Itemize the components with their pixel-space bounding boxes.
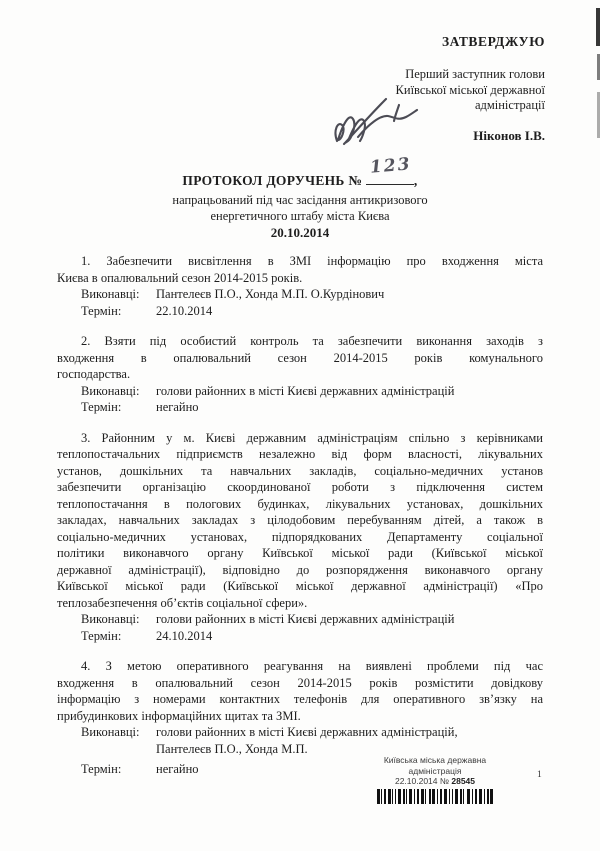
stamp-org-line: Київська міська державна — [372, 755, 498, 766]
text-line: Київської міської ради (Київської місько… — [57, 578, 543, 595]
term-label: Термін: — [81, 628, 156, 645]
term-value: 22.10.2014 — [156, 303, 543, 320]
text-line: прибудинкових інформаційних щитах та ЗМІ… — [57, 708, 543, 725]
stamp-org-line: адміністрація — [372, 766, 498, 777]
executors-value: голови районних в місті Києві державних … — [156, 383, 543, 400]
text-line: входження в опалювальний сезон 2014-2015… — [57, 350, 543, 367]
text-line: Києва в опалювальний сезон 2014-2015 рок… — [57, 270, 543, 287]
text-line: інформацію з номерами контактних телефон… — [57, 691, 543, 708]
executors-label: Виконавці: — [81, 383, 156, 400]
executors-value: голови районних в місті Києві державних … — [156, 724, 543, 757]
title-block: ПРОТОКОЛ ДОРУЧЕНЬ № 123, напрацьований п… — [0, 172, 600, 241]
instruction-item-2: 2. Взяти під особистий контроль та забез… — [57, 333, 543, 416]
protocol-title-comma: , — [414, 173, 418, 188]
text-line: політики виконавчого органу Київської мі… — [57, 545, 543, 562]
text-line: теплопостачання в пологових будинках, лі… — [57, 496, 543, 513]
text-line: теплопостачальних підприємств незалежно … — [57, 446, 543, 463]
executors-value: Пантелеєв П.О., Хонда М.П. О.Курдінович — [156, 286, 543, 303]
executors-label: Виконавці: — [81, 286, 156, 303]
executors-row: Виконавці: голови районних в місті Києві… — [57, 611, 543, 628]
item-text: 4. З метою оперативного реагування на ви… — [57, 658, 543, 724]
registration-stamp: Київська міська державна адміністрація 2… — [372, 755, 498, 806]
text-line: 3. Районним у м. Києві державним адмініс… — [57, 430, 543, 447]
text-line: 4. З метою оперативного реагування на ви… — [57, 658, 543, 675]
executors-label: Виконавці: — [81, 724, 156, 757]
term-row: Термін: 22.10.2014 — [57, 303, 543, 320]
text-line: державної адміністрації), відповідно до … — [57, 562, 543, 579]
protocol-subtitle: напрацьований під час засідання антикриз… — [0, 192, 600, 224]
term-row: Термін: 24.10.2014 — [57, 628, 543, 645]
stamp-date-line: 22.10.2014 № 28545 — [372, 776, 498, 787]
scan-artifact — [596, 8, 600, 46]
text-line: Пантелеєв П.О., Хонда М.П. О.Курдінович — [156, 286, 543, 303]
executors-row: Виконавці: Пантелеєв П.О., Хонда М.П. О.… — [57, 286, 543, 303]
handwritten-signature-icon — [328, 95, 420, 149]
text-line: теплозабезпечення об’єктів соціальної сф… — [57, 595, 543, 612]
protocol-date: 20.10.2014 — [0, 225, 600, 241]
text-line: забезпечити організацію скоординованої р… — [57, 479, 543, 496]
term-label: Термін: — [81, 303, 156, 320]
subtitle-line: напрацьований під час засідання антикриз… — [0, 192, 600, 208]
term-row: Термін: негайно — [57, 399, 543, 416]
text-line: голови районних в місті Києві державних … — [156, 383, 543, 400]
instruction-item-1: 1. Забезпечити висвітлення в ЗМІ інформа… — [57, 253, 543, 319]
instructions-list: 1. Забезпечити висвітлення в ЗМІ інформа… — [57, 253, 543, 792]
term-value: 24.10.2014 — [156, 628, 543, 645]
approve-label: ЗАТВЕРДЖУЮ — [396, 34, 545, 50]
barcode-icon — [377, 789, 493, 804]
protocol-number-handwritten: 123 — [369, 154, 412, 178]
term-label: Термін: — [81, 399, 156, 416]
protocol-title: ПРОТОКОЛ ДОРУЧЕНЬ № 123, — [0, 172, 600, 189]
text-line: господарства. — [57, 366, 543, 383]
term-value: негайно — [156, 399, 543, 416]
text-line: соціально-медичних установах, підпорядко… — [57, 529, 543, 546]
executors-label: Виконавці: — [81, 611, 156, 628]
executors-value: голови районних в місті Києві державних … — [156, 611, 543, 628]
stamp-number: 28545 — [451, 776, 475, 786]
approver-title-line: Перший заступник голови — [396, 67, 545, 83]
text-line: 1. Забезпечити висвітлення в ЗМІ інформа… — [57, 253, 543, 270]
text-line: голови районних в місті Києві державних … — [156, 611, 543, 628]
text-line: входження в опалювальний сезон 2014-2015… — [57, 675, 543, 692]
executors-row: Виконавці: голови районних в місті Києві… — [57, 724, 543, 757]
term-label: Термін: — [81, 761, 156, 778]
stamp-date: 22.10.2014 № — [395, 776, 449, 786]
item-text: 3. Районним у м. Києві державним адмініс… — [57, 430, 543, 612]
page-number: 1 — [537, 770, 542, 780]
executors-row: Виконавці: голови районних в місті Києві… — [57, 383, 543, 400]
text-line: 2. Взяти під особистий контроль та забез… — [57, 333, 543, 350]
instruction-item-3: 3. Районним у м. Києві державним адмініс… — [57, 430, 543, 645]
item-text: 2. Взяти під особистий контроль та забез… — [57, 333, 543, 383]
text-line: закладах, навчальних закладах з цілодобо… — [57, 512, 543, 529]
text-line: голови районних в місті Києві державних … — [156, 724, 543, 741]
text-line: установ, дошкільних та навчальних заклад… — [57, 463, 543, 480]
scanned-document-page: ЗАТВЕРДЖУЮ Перший заступник голови Київс… — [0, 0, 600, 851]
protocol-title-text: ПРОТОКОЛ ДОРУЧЕНЬ № — [182, 173, 362, 188]
subtitle-line: енергетичного штабу міста Києва — [0, 208, 600, 224]
item-text: 1. Забезпечити висвітлення в ЗМІ інформа… — [57, 253, 543, 286]
protocol-number-underline: 123 — [366, 172, 414, 185]
